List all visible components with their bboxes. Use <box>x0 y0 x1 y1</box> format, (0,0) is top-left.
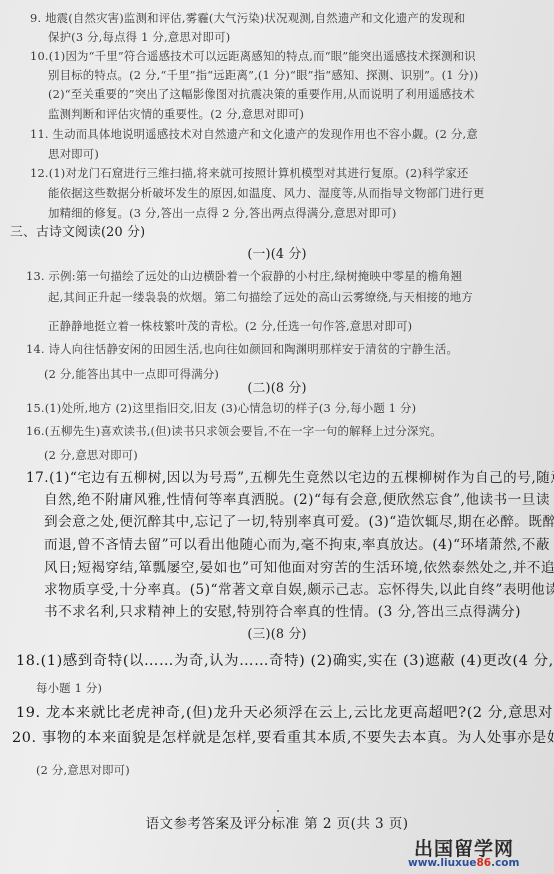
answer-line: 加精细的修复。(3 分,答出一点得 2 分,答出两点得满分,意思对即可) <box>48 205 396 221</box>
answer-line: (2 分,意思对即可) <box>36 762 130 778</box>
answer-line: (2 分,意思对即可) <box>44 447 138 463</box>
answer-line: 15.(1)处所,地方 (2)这里指旧交,旧友 (3)心情急切的样子(3 分,每… <box>26 400 416 416</box>
section-subheading: (三)(8 分) <box>0 627 554 643</box>
answer-line: (2)“至关重要的”突出了这幅影像图对抗震决策的重要作用,从而说明了利用遥感技术 <box>48 86 475 102</box>
answer-line: 10.(1)因为“千里”符合遥感技术可以远距离感知的特点,而“眼”能突出遥感技术… <box>30 48 476 64</box>
answer-line: 能依据这些数据分析破坏发生的原因,如温度、风力、湿度等,从而指导文物部门进行更 <box>48 185 485 201</box>
answer-line: (2 分,能答出其中一点即可得满分) <box>44 366 219 382</box>
watermark-url-prefix: www.liuxue <box>408 857 476 869</box>
section-subheading: (一)(4 分) <box>0 247 554 263</box>
answer-line: 14. 诗人向往恬静安闲的田园生活,也向往如颜回和陶渊明那样安于清贫的宁静生活。 <box>26 341 458 357</box>
section-subheading: (二)(8 分) <box>0 381 554 397</box>
answer-line: 监测判断和评估灾情的重要性。(2 分,意思对即可) <box>48 106 304 122</box>
answer-line: 书不求名利,只求精神上的安慰,特别符合率真的性情。(3 分,答出三点得满分) <box>44 604 521 620</box>
answer-line: 20. 事物的本来面貌是怎样就是怎样,要看重其本质,不要失去本真。为人处事亦是如… <box>12 730 554 746</box>
answer-line: 19. 龙本来就比老虎神奇,(但)龙升天必须浮在云上,云比龙更高超吧?(2 分,… <box>16 705 554 721</box>
answer-line: 自然,绝不附庸风雅,性情何等率真洒脱。(2)“每有会意,便欣然忘食”,他读书一旦… <box>44 492 550 508</box>
answer-line: 起,其间正升起一缕袅袅的炊烟。第二句描绘了远处的高山云雾缭绕,与天相接的地方 <box>48 289 473 305</box>
watermark-url-suffix: .com <box>491 857 519 869</box>
watermark-url[interactable]: www.liuxue86.com <box>408 857 519 869</box>
answer-line: 12.(1)对龙门石窟进行三维扫描,将来就可按照计算机模型对其进行复原。(2)科… <box>30 165 469 181</box>
answer-line: 18.(1)感到奇特(以……为奇,认为……奇特) (2)确实,实在 (3)遮蔽 … <box>16 653 554 669</box>
answer-line: 13. 示例:第一句描绘了远处的山边横卧着一个寂静的小村庄,绿树掩映中零星的檐角… <box>26 268 462 284</box>
answer-key-page: 9. 地震(自然灾害)监测和评估,雾霾(大气污染)状况观测,自然遗产和文化遗产的… <box>0 0 554 874</box>
answer-line: 思对即可) <box>48 146 99 162</box>
answer-line: 到会意之处,便沉醉其中,忘记了一切,特别率真可爱。(3)“造饮辄尽,期在必醉。既… <box>44 514 554 530</box>
answer-line: 正静静地挺立着一株枝繁叶茂的青松。(2 分,任选一句作答,意思对即可) <box>48 318 412 334</box>
answer-line: 别目标的特点。(2 分,“千里”指“远距离”,(1 分)“眼”指“感知、探测、识… <box>48 67 478 83</box>
scan-speck <box>277 810 279 812</box>
answer-line: 16.(五柳先生)喜欢读书,(但)读书只求领会要旨,不在一字一句的解释上过分深究… <box>26 423 442 439</box>
answer-line: 保护(3 分,每点得 1 分,意思对即可) <box>48 29 230 45</box>
answer-line: 9. 地震(自然灾害)监测和评估,雾霾(大气污染)状况观测,自然遗产和文化遗产的… <box>30 10 465 26</box>
answer-line: 三、古诗文阅读(20 分) <box>10 225 145 241</box>
answer-line: 17.(1)“宅边有五柳树,因以为号焉”,五柳先生竟然以宅边的五棵柳树作为自己的… <box>26 470 554 486</box>
answer-line: 每小题 1 分) <box>36 680 102 696</box>
page-footer: 语文参考答案及评分标准 第 2 页(共 3 页) <box>0 816 554 832</box>
answer-line: 11. 生动而具体地说明遥感技术对自然遗产和文化遗产的发现作用也不容小觑。(2 … <box>30 126 478 142</box>
answer-line: 风日;短褐穿结,箪瓢屡空,晏如也”可知他面对穷苦的生活环境,依然泰然处之,并不追 <box>44 560 554 576</box>
answer-line: 而退,曾不吝情去留”可以看出他随心而为,毫不拘束,率真放达。(4)“环堵萧然,不… <box>44 537 550 553</box>
answer-line: 求物质享受,十分率真。(5)“常著文章自娱,颇示己志。忘怀得失,以此自终”表明他… <box>44 582 554 598</box>
watermark-url-highlight: 86 <box>476 857 491 869</box>
